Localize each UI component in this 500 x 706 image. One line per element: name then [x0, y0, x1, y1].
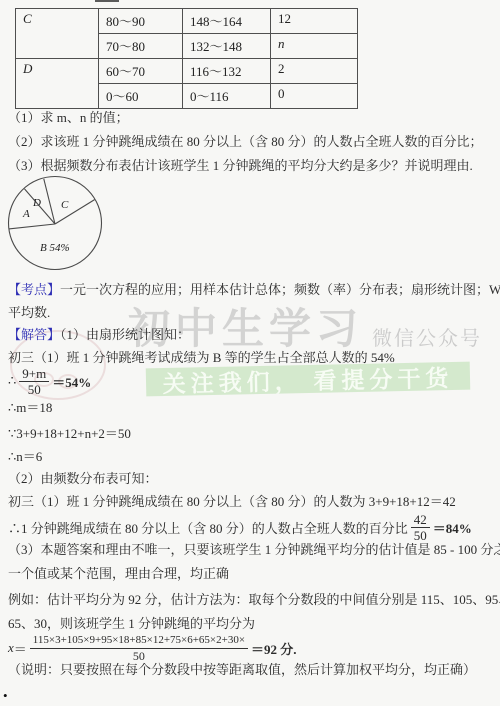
- score-range-cell: 60～70: [99, 59, 183, 84]
- grade-cell-d: D: [16, 59, 99, 109]
- frequency-table: C 80～90 148～164 12 70～80 132～148 n D 60～…: [15, 8, 358, 109]
- solution-line: 初三（1）班 1 分钟跳绳考试成绩为 B 等的学生占全部总人数的 54%: [8, 350, 395, 366]
- solution-line: ∴n＝6: [8, 449, 42, 465]
- formula-result: ＝92 分.: [251, 639, 297, 658]
- fraction-numerator: 42: [411, 513, 430, 528]
- fraction-denominator: 50: [19, 382, 49, 396]
- frequency-cell: 0: [271, 84, 358, 109]
- frequency-cell: 12: [271, 9, 358, 34]
- pie-chart: A D C B 54%: [5, 173, 107, 275]
- pie-label-c: C: [61, 199, 69, 211]
- therefore-symbol: ∴: [8, 373, 16, 389]
- score-range-cell: 0～60: [99, 84, 183, 109]
- frequency-cell-n: n: [271, 34, 358, 59]
- fraction-denominator: 50: [411, 528, 430, 542]
- formula-result: ＝84%: [433, 518, 472, 537]
- watermark-brand-text: 初中生学习: [128, 296, 363, 356]
- pie-label-a: A: [22, 208, 30, 220]
- solution-part3-line1: （3）本题答案和理由不唯一，只要该班学生 1 分钟跳绳平均分的估计值是 85 -…: [8, 542, 500, 558]
- watermark-wechat-text: 微信公众号: [372, 322, 482, 351]
- fraction-numerator: 115×3+105×9+95×18+85×12+75×6+65×2+30×: [30, 634, 248, 649]
- count-range-cell: 148～164: [183, 9, 271, 34]
- count-range-cell: 116～132: [183, 59, 271, 84]
- formula-m: ∴ 9+m 50 ＝54%: [8, 366, 91, 396]
- solution-line: ∴m＝18: [8, 400, 52, 416]
- pie-radius-ab: [9, 224, 55, 229]
- formula-average: x ＝ 115×3+105×9+95×18+85×12+75×6+65×2+30…: [8, 631, 297, 665]
- jieda-intro: （1）由扇形统计图知：: [60, 327, 190, 342]
- formula-text: ∴1 分钟跳绳成绩在 80 分以上（含 80 分）的人数占全班人数的百分比: [8, 518, 408, 537]
- fraction-denominator: 50: [30, 649, 248, 663]
- solution-line: ∵3+9+18+12+n+2＝50: [8, 426, 131, 442]
- solution-note: （说明：只要按照在每个分数段中按等距离取值，然后计算加权平均分，均正确）: [8, 662, 476, 678]
- table-row: C 80～90 148～164 12: [16, 9, 358, 34]
- jieda-tag: 【解答】: [8, 327, 60, 342]
- solution-line: 初三（1）班 1 分钟跳绳成绩在 80 分以上（含 80 分）的人数为 3+9+…: [8, 494, 456, 510]
- solution-part2-heading: （2）由频数分布表可知：: [8, 471, 158, 487]
- kaodian-line1: 【考点】一元一次方程的应用；用样本估计总体；频数（率）分布表；扇形统计图；W2：…: [8, 282, 500, 298]
- watermark-banner: 关注我们， 看提分干货: [146, 362, 471, 397]
- table-row: D 60～70 116～132 2: [16, 59, 358, 84]
- fraction-42-50: 42 50: [411, 513, 430, 542]
- table-top-fragment: [95, 0, 119, 2]
- question-1: （1）求 m、n 的值；: [8, 110, 129, 126]
- score-range-cell: 80～90: [99, 9, 183, 34]
- jieda-line: 【解答】（1）由扇形统计图知：: [8, 327, 190, 343]
- solution-part3-line2: 一个值或某个范围，理由合理，均正确: [8, 566, 229, 582]
- count-range-cell: 132～148: [183, 34, 271, 59]
- pie-label-d: D: [32, 197, 41, 209]
- equals-sign: ＝: [14, 639, 27, 658]
- kaodian-tag: 【考点】: [8, 282, 60, 297]
- fraction-numerator: 9+m: [19, 367, 49, 382]
- watermark-banner-text: 关注我们， 看提分干货: [162, 362, 453, 397]
- kaodian-line2: 平均数.: [8, 305, 50, 321]
- question-2: （2）求该班 1 分钟跳绳成绩在 80 分以上（含 80 分）的人数占全班人数的…: [8, 134, 483, 150]
- kaodian-text: 一元一次方程的应用；用样本估计总体；频数（率）分布表；扇形统计图；W2：加权: [60, 282, 500, 297]
- question-3: （3）根据频数分布表估计该班学生 1 分钟跳绳的平均分大约是多少？并说明理由.: [8, 158, 473, 174]
- example-line2: 65、30，则该班学生 1 分钟跳绳的平均分为: [8, 616, 255, 632]
- frequency-cell: 2: [271, 59, 358, 84]
- fraction-weighted-mean: 115×3+105×9+95×18+85×12+75×6+65×2+30× 50: [30, 634, 248, 663]
- score-range-cell: 70～80: [99, 34, 183, 59]
- formula-result: ＝54%: [52, 372, 91, 391]
- pie-label-b: B 54%: [40, 242, 70, 254]
- worksheet-page: C 80～90 148～164 12 70～80 132～148 n D 60～…: [0, 0, 500, 706]
- count-range-cell: 0～116: [183, 84, 271, 109]
- example-line1: 例如：估计平均分为 92 分，估计方法为：取每个分数段的中间值分别是 115、1…: [8, 592, 500, 608]
- fraction-9m-50: 9+m 50: [19, 367, 49, 396]
- grade-cell-c: C: [16, 9, 99, 59]
- stray-bullet: •: [3, 688, 8, 704]
- formula-percentage: ∴1 分钟跳绳成绩在 80 分以上（含 80 分）的人数占全班人数的百分比 42…: [8, 512, 472, 542]
